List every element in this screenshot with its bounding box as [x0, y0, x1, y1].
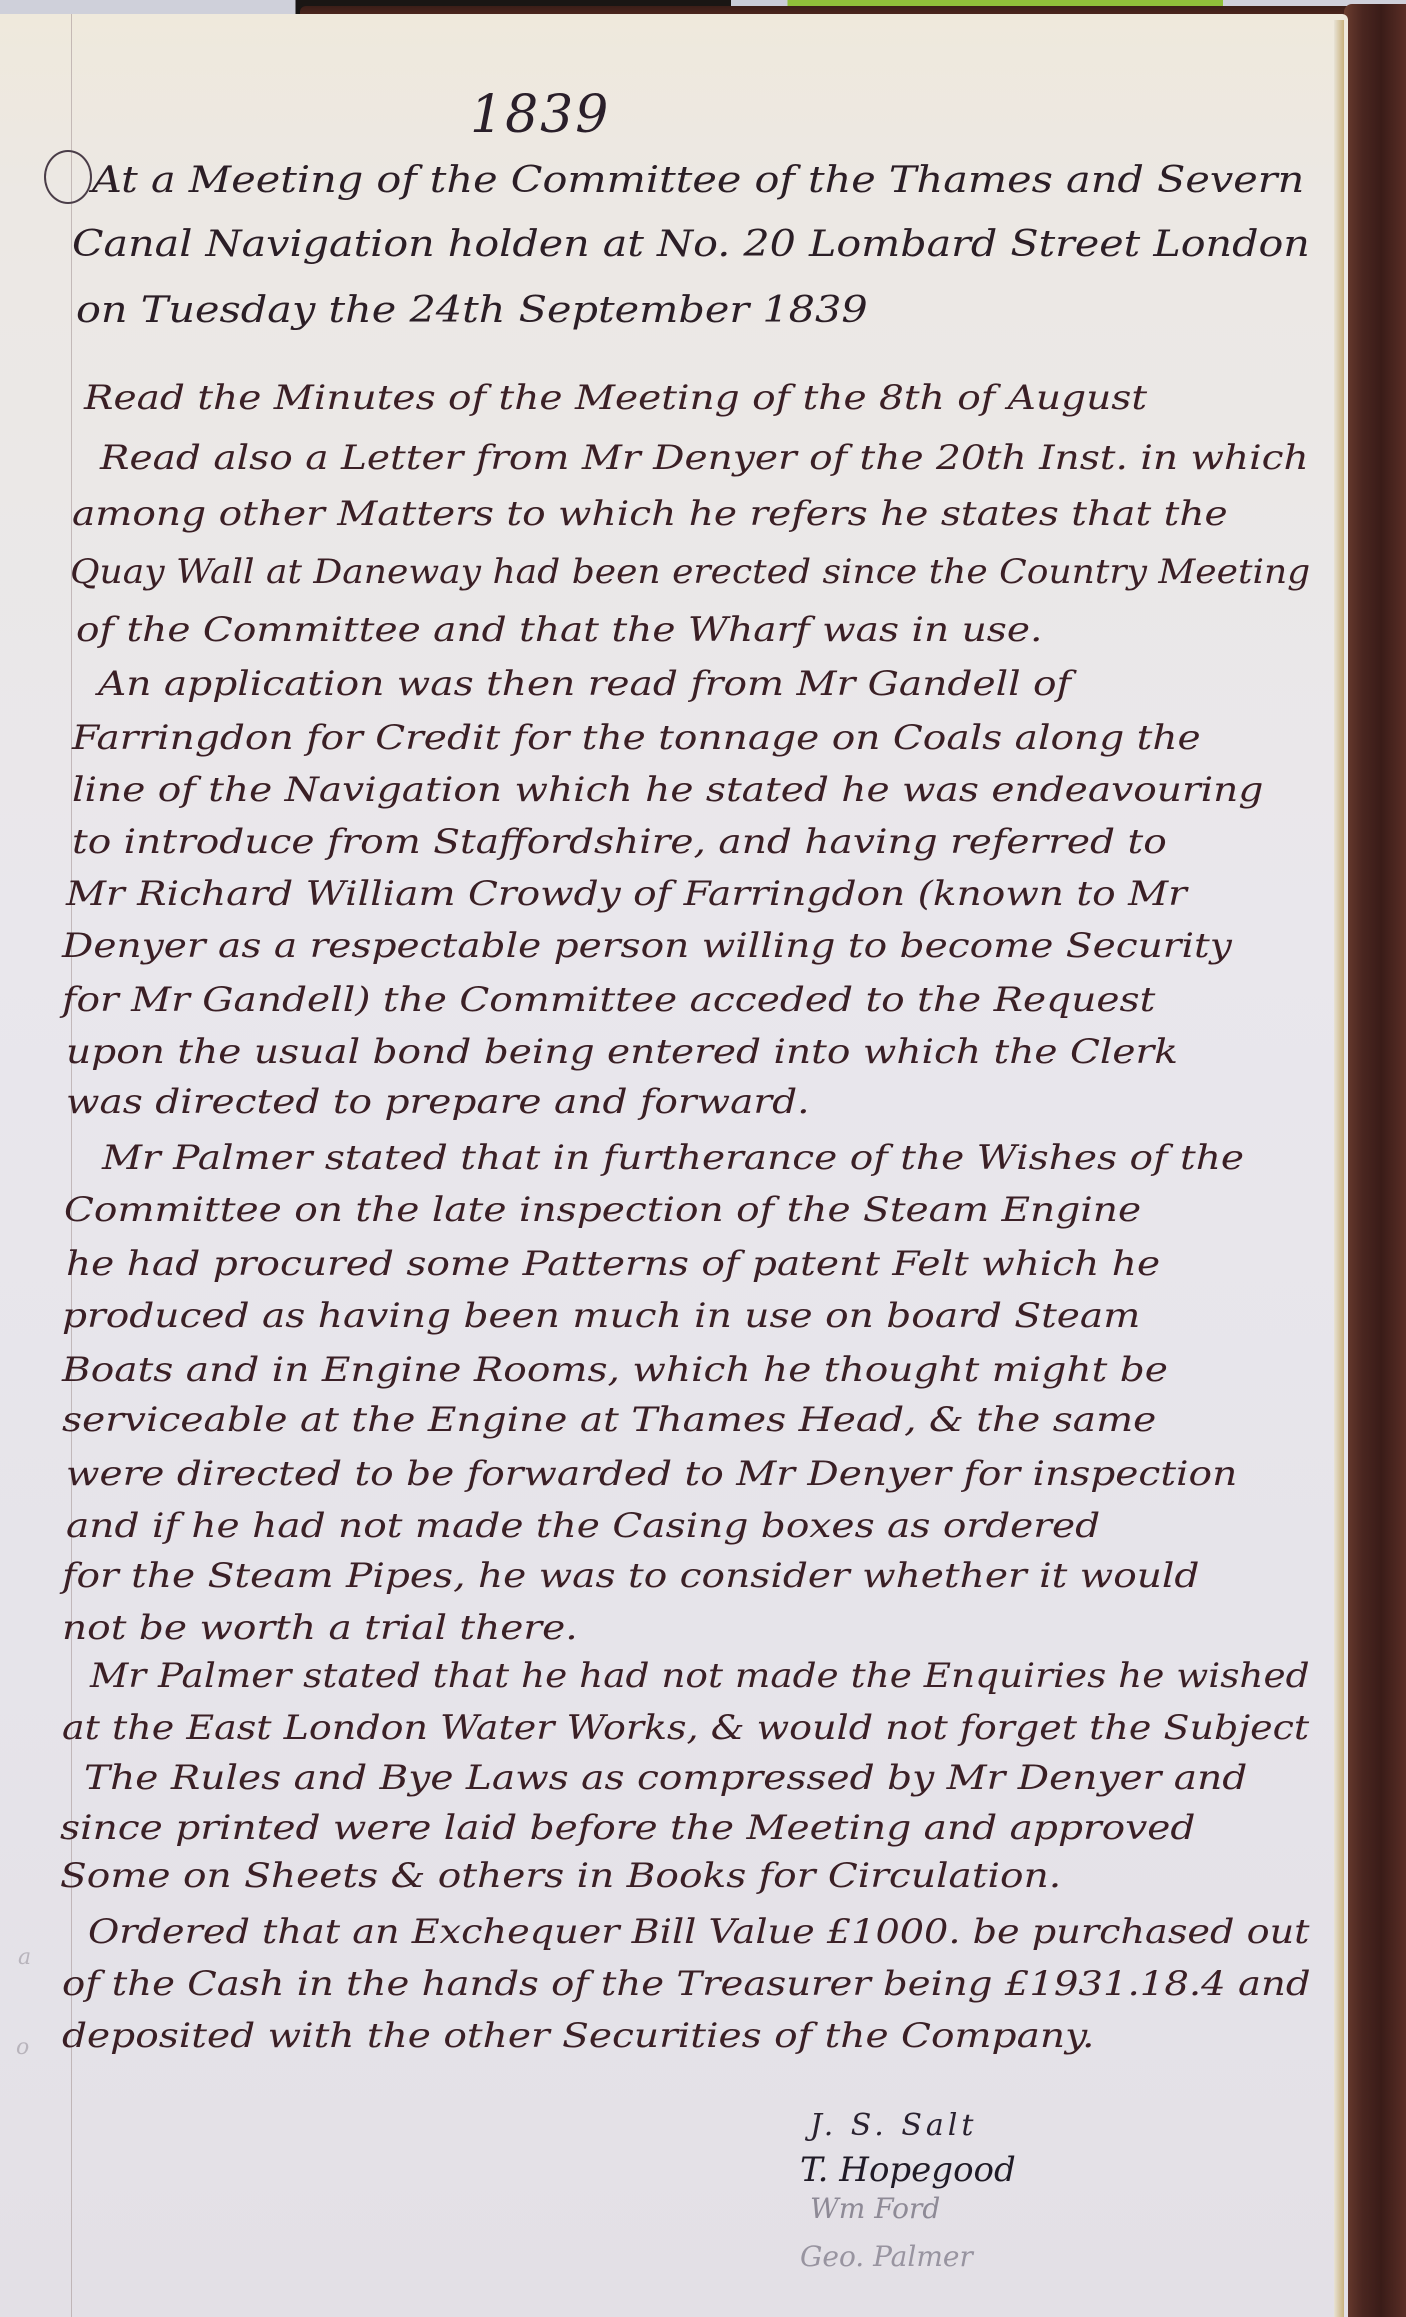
body-line: An application was then read from Mr Gan… [98, 664, 1071, 704]
body-line: of the Cash in the hands of the Treasure… [62, 1964, 1311, 2004]
body-line: Quay Wall at Daneway had been erected si… [70, 552, 1310, 592]
body-line: of the Committee and that the Wharf was … [76, 610, 1042, 650]
body-line: serviceable at the Engine at Thames Head… [62, 1400, 1156, 1440]
signature: Geo. Palmer [800, 2240, 973, 2273]
body-line: were directed to be forwarded to Mr Deny… [66, 1454, 1237, 1494]
body-line: Mr Palmer stated that in furtherance of … [102, 1138, 1244, 1178]
body-line: for the Steam Pipes, he was to consider … [62, 1556, 1199, 1596]
body-line: Read the Minutes of the Meeting of the 8… [84, 378, 1147, 418]
margin-pencil-mark: a [18, 1945, 31, 1970]
signature: T. Hopegood [800, 2150, 1016, 2190]
body-line: and if he had not made the Casing boxes … [66, 1506, 1100, 1546]
body-line: Committee on the late inspection of the … [64, 1190, 1141, 1230]
body-line: upon the usual bond being entered into w… [66, 1032, 1178, 1072]
body-line: Ordered that an Exchequer Bill Value £10… [88, 1912, 1310, 1952]
body-line: at the East London Water Works, & would … [62, 1708, 1309, 1748]
body-line: Read also a Letter from Mr Denyer of the… [100, 438, 1309, 478]
heading-line: Canal Navigation holden at No. 20 Lombar… [72, 224, 1310, 265]
margin-pencil-mark: o [16, 2035, 29, 2060]
body-line: Boats and in Engine Rooms, which he thou… [62, 1350, 1168, 1390]
body-line: The Rules and Bye Laws as compressed by … [84, 1758, 1247, 1798]
body-line: produced as having been much in use on b… [62, 1296, 1140, 1336]
body-line: was directed to prepare and forward. [66, 1082, 810, 1122]
body-line: Farringdon for Credit for the tonnage on… [72, 718, 1201, 758]
body-line: Denyer as a respectable person willing t… [62, 926, 1232, 966]
heading-line: At a Meeting of the Committee of the Tha… [92, 160, 1304, 201]
body-line: since printed were laid before the Meeti… [60, 1808, 1195, 1848]
body-line: line of the Navigation which he stated h… [72, 770, 1263, 810]
body-line: among other Matters to which he refers h… [72, 494, 1228, 534]
signature: J. S. Salt [810, 2108, 977, 2143]
page-edge [1334, 20, 1344, 2317]
body-line: Some on Sheets & others in Books for Cir… [60, 1856, 1061, 1896]
body-line: for Mr Gandell) the Committee acceded to… [62, 980, 1155, 1020]
body-line: he had procured some Patterns of patent … [66, 1244, 1160, 1284]
heading-line: on Tuesday the 24th September 1839 [76, 290, 868, 331]
book-binding-spine [1344, 4, 1406, 2317]
signature: Wm Ford [810, 2192, 940, 2225]
body-line: to introduce from Staffordshire, and hav… [72, 822, 1167, 862]
body-line: not be worth a trial there. [62, 1608, 578, 1648]
body-line: deposited with the other Securities of t… [62, 2016, 1094, 2056]
body-line: Mr Palmer stated that he had not made th… [90, 1656, 1310, 1696]
body-line: Mr Richard William Crowdy of Farringdon … [66, 874, 1187, 914]
heading-flourish-icon [44, 150, 92, 204]
year-heading: 1839 [470, 85, 610, 145]
